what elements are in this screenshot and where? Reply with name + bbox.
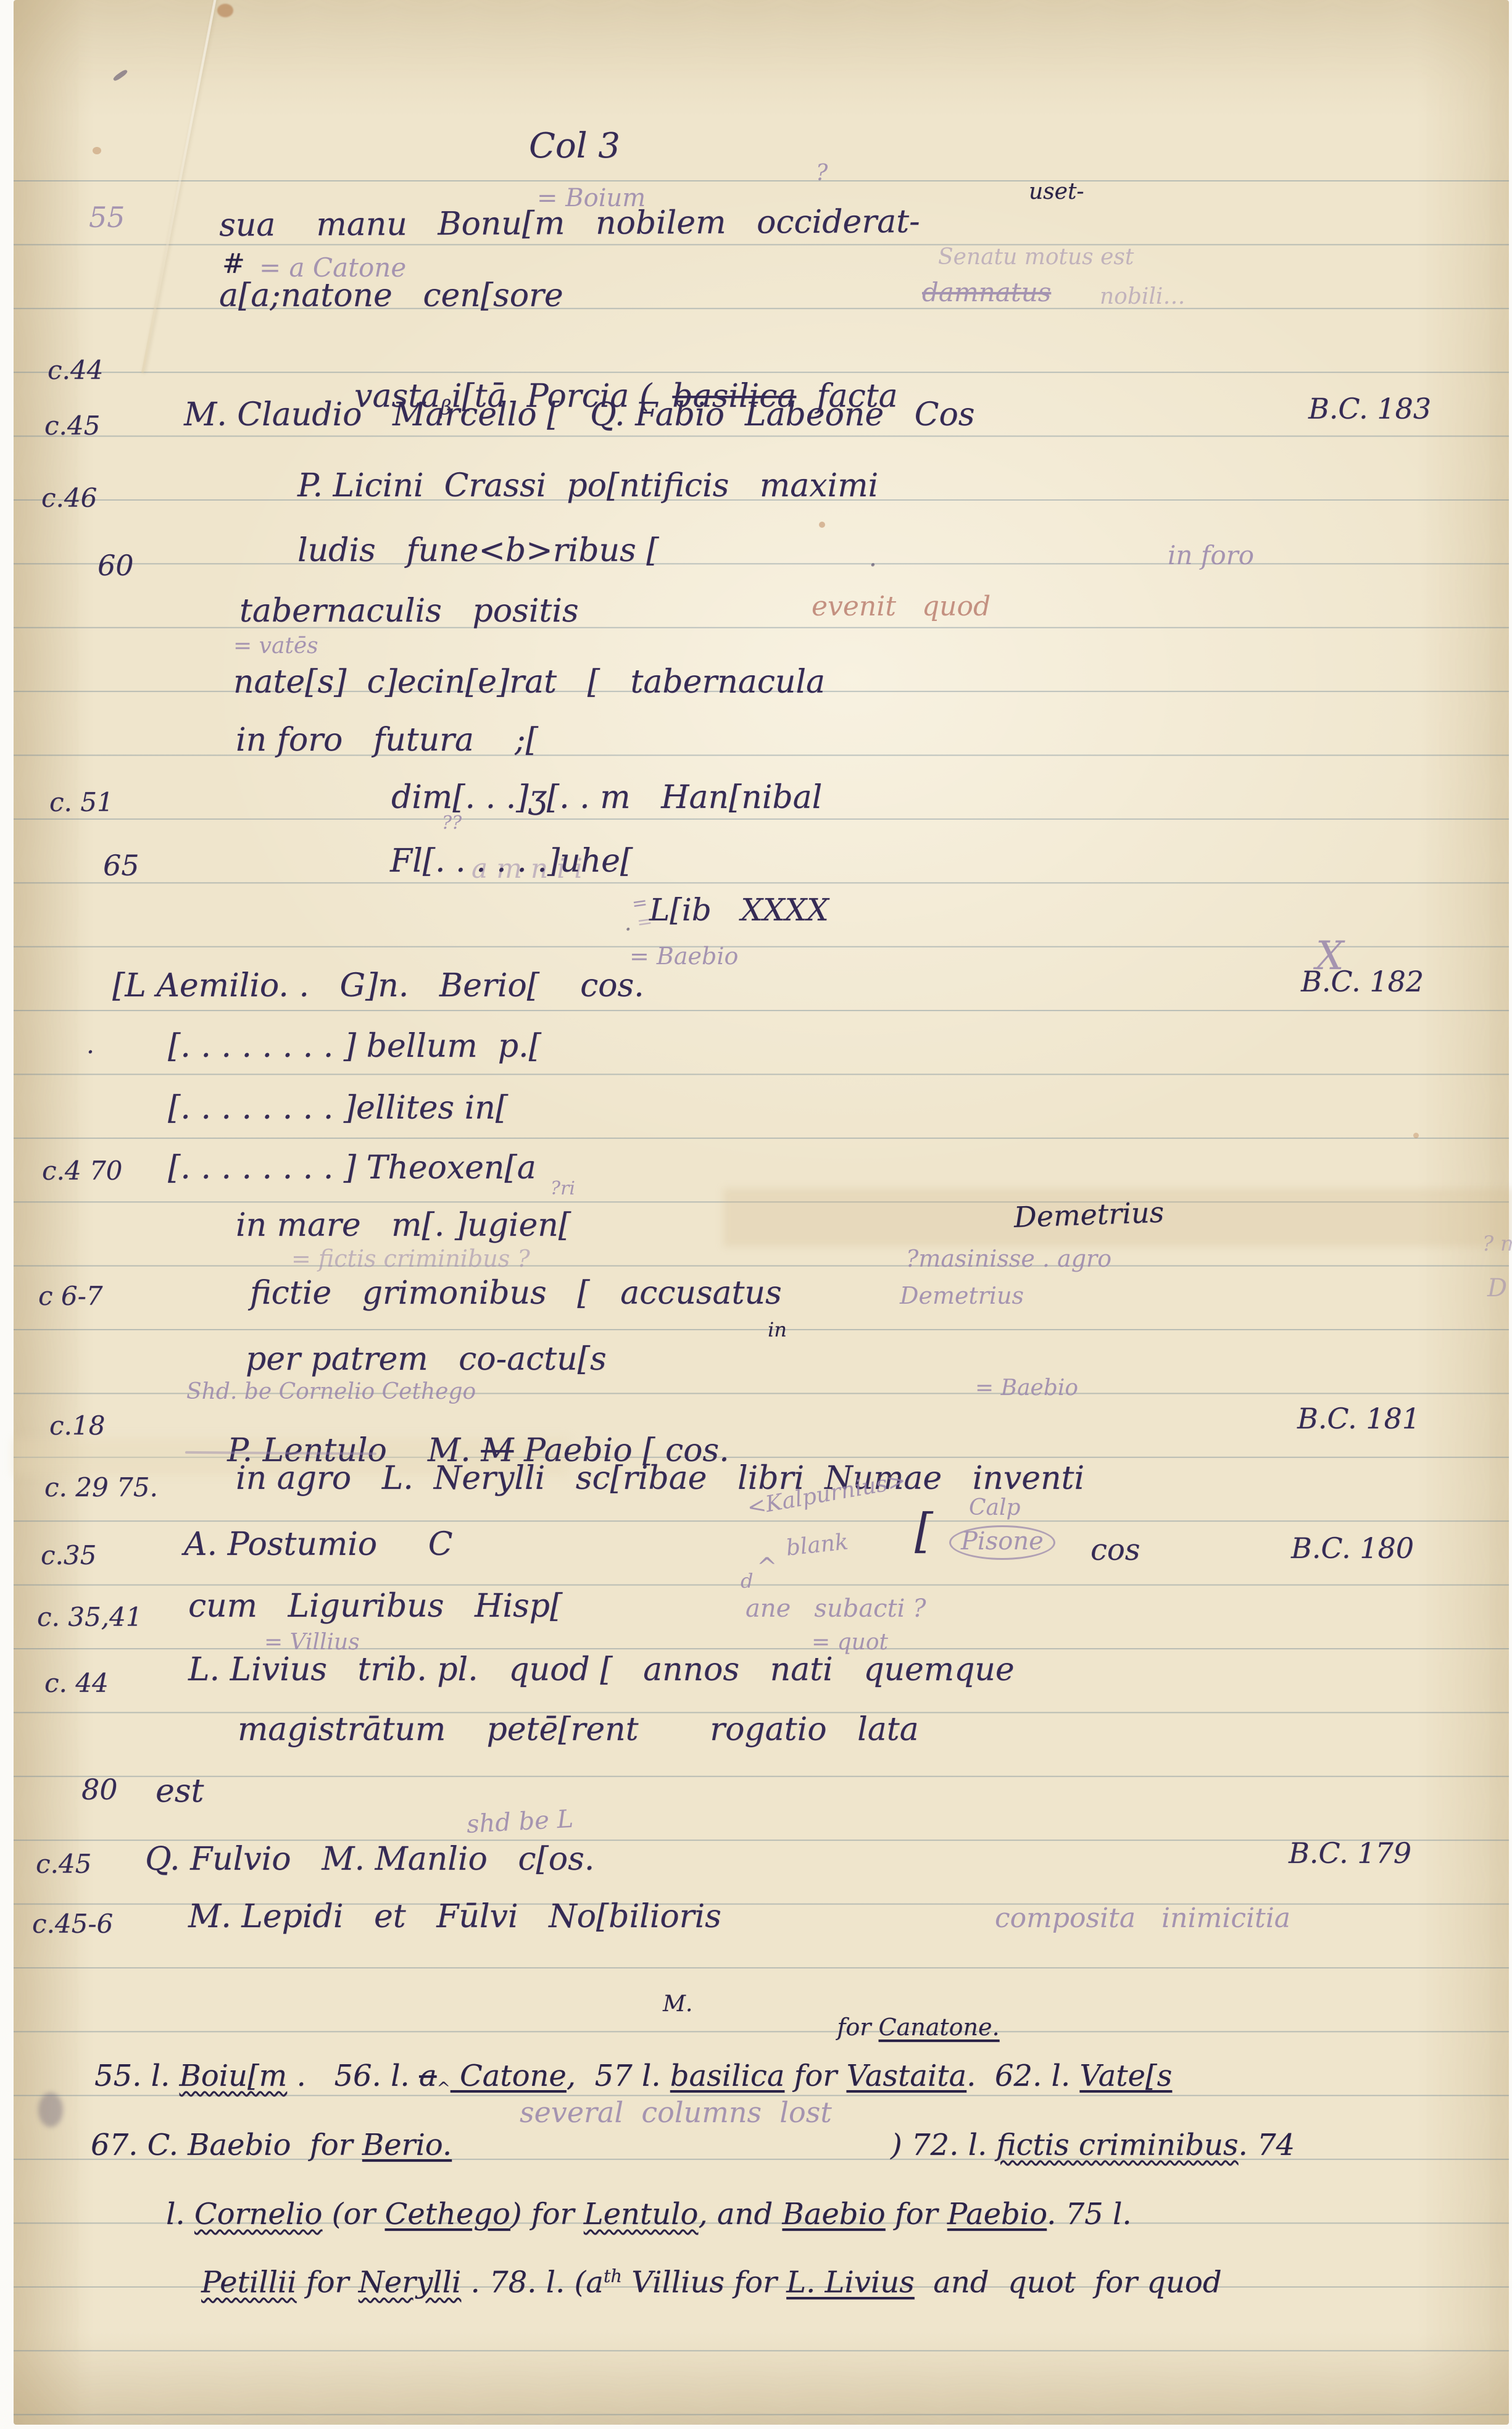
seg: . 74 [1239,2128,1295,2162]
text-line-56: a[a;natone cen[sore [219,279,563,313]
date-bc179: B.C. 179 [1289,1838,1411,1868]
marginal-c29-75: c. 29 75. [44,1474,158,1501]
stray-dot-2: . [86,1032,94,1058]
gloss-vates: = vatēs [233,635,318,658]
text-line-lepidi: M. Lepidi et Fūlvi No[bilioris [188,1900,721,1934]
superscript-in: in [768,1320,787,1341]
marginal-c35-41: c. 35,41 [37,1604,142,1631]
seg: a [419,2059,437,2093]
gloss-shd-be-l: shd be L [466,1806,574,1838]
marginal-c45: c.45 [44,412,100,440]
gloss-baebio-2: = Baebio [975,1377,1078,1400]
seg: Cethego [385,2197,510,2231]
seg: 55. l. [94,2059,179,2093]
gloss-calp: Calp [969,1496,1021,1520]
foxing-spot [217,4,233,17]
marginal-c45-6: c.45-6 [32,1910,113,1938]
date-bc183: B.C. 183 [1308,394,1431,423]
seg: (or [322,2197,384,2231]
marginal-60: 60 [98,551,134,580]
footnote-sup-m: M. [663,1993,692,2016]
text-line-nates: nate[s] c]ecin[e]rat [ tabernacula [233,665,825,699]
column-heading: Col 3 [529,128,620,165]
text-line-hannibal: dim[. . .]ʒ[. . m Han[nibal [391,781,822,815]
text-line-licini: P. Licini Crassi po[ntificis maximi [297,469,878,503]
marginal-c44: c.44 [48,357,103,384]
edge-pencil-1: ? m [1482,1233,1512,1256]
gloss-senatu-motus: Senatu motus est [938,246,1134,269]
seg: . 62. l. [966,2059,1079,2093]
seg: Lentulo [584,2197,699,2231]
pencil-caret: ^ [757,1554,778,1580]
seg: for [725,2265,786,2300]
seg: Pisone [949,1525,1055,1560]
footnote-line-4: Petillii for Nerylli . 78. l. (ath Villi… [164,2236,1222,2330]
text-line-consuls-182: [L Aemilio. . G]n. Berio[ cos. [112,969,644,1003]
seg: for [297,2265,359,2300]
gloss-baebio-1: = Baebio [629,944,738,969]
text-line-ellites: [. . . . . . . . ]ellites in[ [168,1091,508,1125]
text-cos-180: cos [1090,1535,1140,1565]
gloss-in-foro: in foro [1168,542,1254,569]
dot-before-lib: · [625,919,631,942]
seg: Paebio [947,2197,1047,2231]
text-line-theoxena: [. . . . . . . . ] Theoxen[a [168,1151,536,1185]
seg: Villius [622,2265,725,2300]
text-line-consuls-183: M. Claudio Marcello [ Q. Fabio Labeone C… [184,398,974,432]
footnote-pencil-columns-lost: several columns lost [520,2098,832,2127]
gloss-pisone-circled: Pisone [949,1528,1055,1554]
text-line-in-mare: in mare m[. ]ugien[ [236,1209,571,1243]
gloss-ri: ?ri [550,1179,575,1199]
text-line-in-foro-futura: in foro futura ;[ [236,723,538,757]
seg: ) for [510,2197,584,2231]
text-line-ludis: ludis fune<b>ribus [ [297,534,659,568]
edge-pencil-2: D [1487,1275,1507,1301]
pencil-scribble [112,69,128,81]
foxing-spot [819,522,825,528]
gloss-ane-subacti: ane subacti ? [746,1596,926,1622]
seg: l. [166,2197,194,2231]
ink-bracket: [ [915,1506,933,1556]
seg: Cornelio [194,2197,323,2231]
marginal-c51: c. 51 [49,789,114,816]
seg: . 75 l. [1047,2197,1131,2231]
seg: Baebio [782,2197,885,2231]
manuscript-scan: Col 3 = Boium 55 ? uset- sua manu Bonu[m… [0,0,1512,2429]
text-line-nerylli: in agro L. Nerylli sc[ribae libri Numae … [236,1462,1084,1496]
text-line-livius: L. Livius trib. pl. quod [ annos nati qu… [188,1653,1015,1687]
date-bc181: B.C. 181 [1297,1404,1420,1433]
marginal-80: 80 [81,1775,118,1804]
gloss-superscript-d: d [741,1571,753,1592]
marginal-c18: c.18 [49,1412,105,1439]
seg: 67. C. Baebio for [91,2128,362,2162]
gloss-damnatus-cont: nobili… [1100,285,1185,309]
insert-mark: # [222,250,245,278]
gloss-demetrius-pencil: Demetrius [900,1284,1024,1309]
marginal-65: 65 [103,851,139,880]
marginal-55: 55 [89,202,125,232]
seg: th [604,2265,622,2286]
seg: L. Livius [786,2265,915,2300]
foxing-spot [1413,1133,1419,1138]
seg: fictis criminibus [996,2128,1238,2162]
query-mark: ? [816,162,828,185]
marginal-c35: c.35 [41,1542,96,1569]
text-line-postumio: A. Postumio C [184,1528,453,1562]
text-line-tabernaculis: tabernaculis positis [239,594,579,628]
query-double: ?? [442,814,462,833]
gloss-damnatus: damnatus [922,279,1051,306]
seg: , and [698,2197,782,2231]
gloss-demetrius-ink: Demetrius [1013,1198,1165,1233]
seg: ) 72. l. [891,2128,996,2162]
stray-dot: · [869,552,877,578]
text-line-55: sua manu Bonu[m nobilem occiderat- [219,205,920,243]
text-line-per-patrem: per patrem co-actu[s [246,1343,607,1377]
seg: . 56. l. [287,2059,419,2093]
seg: Petillii [201,2265,297,2300]
seg: Vate[s [1079,2059,1172,2093]
gloss-masinisse: ?masinisse . agro [906,1247,1111,1272]
seg: . 78. l. (a [461,2265,604,2300]
marginal-c6-7: c 6-7 [38,1283,103,1310]
text-line-fl: Fl[. . . . . .]uhe[ [390,844,633,878]
text-line-magistratum: magistrātum petē[rent rogatio lata [238,1713,919,1747]
date-bc180: B.C. 180 [1291,1533,1414,1563]
seg: basilica [670,2059,785,2093]
foxing-spot [93,147,101,154]
text-line-fictie: fictie grimonibus [ accusatus [250,1277,782,1310]
marginal-c45-2: c.45 [36,1851,91,1878]
seg: Vastaita [846,2059,966,2093]
marginal-c4-70: c.4 70 [42,1157,122,1185]
seg: for [784,2059,846,2093]
marginal-c46: c.46 [41,485,97,512]
book-heading-lib40: L[ib XXXX [649,894,829,927]
gloss-fictis-criminibus: = fictis criminibus ? [291,1247,530,1272]
seg: Boiu[m [180,2059,288,2093]
gloss-composita: composita inimicitia [995,1904,1290,1933]
seg: 57 l. [595,2059,670,2093]
seg: , [567,2059,595,2093]
seg: ^ [437,2079,451,2098]
text-line-est: est [156,1775,204,1809]
seg: and quot for quod [915,2265,1222,2300]
notebook-page: Col 3 = Boium 55 ? uset- sua manu Bonu[m… [14,0,1509,2425]
gloss-evenit-quod: evenit quod [812,593,991,621]
text-line-consuls-179: Q. Fulvio M. Manlio c[os. [145,1843,594,1877]
seg: Nerylli [359,2265,462,2300]
text-line-bellum: [. . . . . . . . ] bellum p.[ [168,1030,541,1064]
marginal-c44-2: c. 44 [44,1670,109,1697]
text-line-liguribus: cum Liguribus Hisp[ [188,1589,562,1623]
gloss-uset: uset- [1029,180,1084,204]
seg: for [886,2197,947,2231]
date-bc182: B.C. 182 [1301,967,1424,996]
seg: Berio. [362,2128,452,2162]
seg: Catone [451,2059,567,2093]
